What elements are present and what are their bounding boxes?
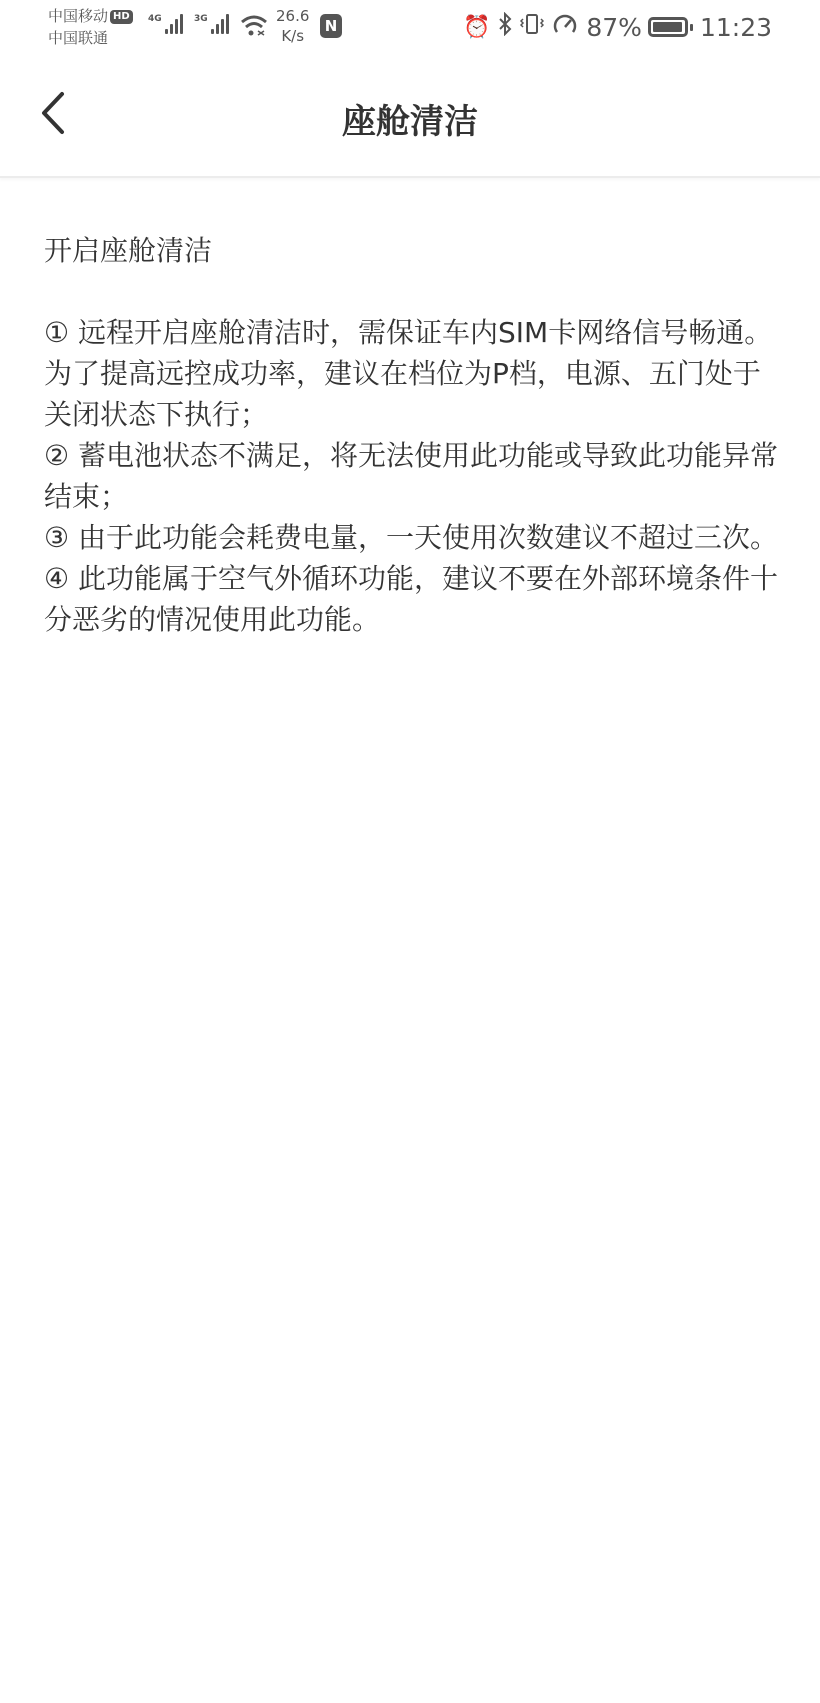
speedometer-icon [552,12,578,42]
network-speed: 26.6 K/s [276,6,309,46]
signal-3g-icon: 3G [194,14,229,34]
battery-icon [648,17,688,37]
battery-percent: 87% [586,13,642,42]
section-heading: 开启座舱清洁 [44,230,784,271]
alarm-icon: ⏰ [463,15,490,40]
clock: 11:23 [700,13,772,42]
nfc-icon: N [320,14,342,38]
carrier-1: 中国移动 [48,7,108,25]
status-bar: 中国移动HD 中国联通 4G 3G 26.6 K/s N ⏰ 87% 11:23 [0,0,820,56]
status-icons-right: ⏰ 87% 11:23 [463,12,772,42]
page-title: 座舱清洁 [0,94,820,143]
instructions-content: 开启座舱清洁 ① 远程开启座舱清洁时，需保证车内SIM卡网络信号畅通。为了提高远… [44,230,784,640]
carrier-info: 中国移动HD 中国联通 [48,5,133,49]
instruction-item-3: ③ 由于此功能会耗费电量，一天使用次数建议不超过三次。 [44,517,784,558]
bluetooth-icon [498,12,512,42]
instruction-item-4: ④ 此功能属于空气外循环功能，建议不要在外部环境条件十分恶劣的情况使用此功能。 [44,558,784,640]
vibrate-icon [520,12,544,42]
hd-badge: HD [110,10,133,24]
instruction-item-1: ① 远程开启座舱清洁时，需保证车内SIM卡网络信号畅通。为了提高远控成功率，建议… [44,312,784,435]
signal-4g-icon: 4G [148,14,183,34]
carrier-2: 中国联通 [48,27,133,49]
wifi-icon [240,14,268,42]
instruction-item-2: ② 蓄电池状态不满足，将无法使用此功能或导致此功能异常结束； [44,435,784,517]
nav-header: 座舱清洁 [0,56,820,178]
